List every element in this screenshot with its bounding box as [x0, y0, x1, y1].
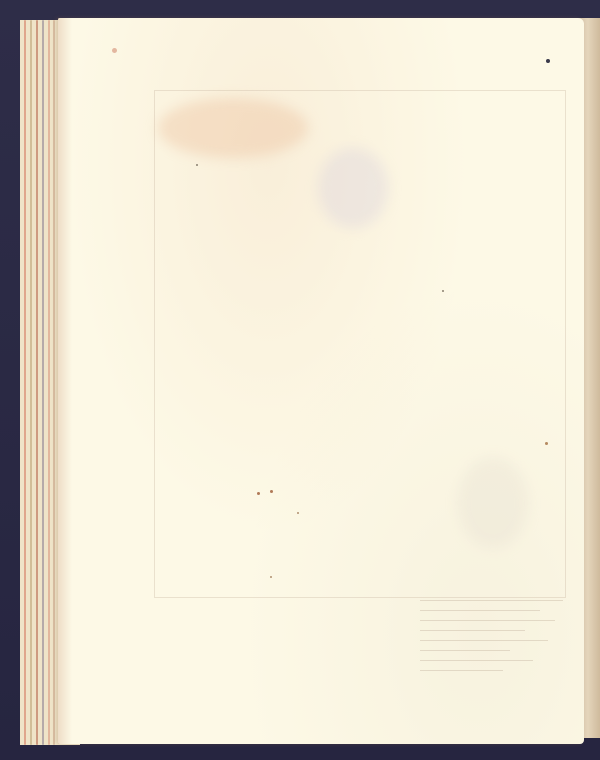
- show-through-stain: [158, 98, 308, 158]
- show-through-caption: [420, 600, 570, 680]
- show-through-stain: [318, 148, 388, 228]
- page-edge: [48, 20, 50, 745]
- speck: [257, 492, 260, 495]
- speck: [196, 164, 198, 166]
- speck: [545, 442, 548, 445]
- page-edge: [36, 20, 38, 745]
- speck: [442, 290, 444, 292]
- page-edge: [24, 20, 26, 745]
- scan-background: [0, 0, 600, 760]
- speck: [270, 490, 273, 493]
- show-through-stain: [458, 458, 528, 548]
- page-edge: [42, 20, 44, 745]
- book-page: [58, 18, 584, 744]
- page-edge: [30, 20, 32, 745]
- speck: [297, 512, 299, 514]
- speck: [112, 48, 117, 53]
- speck: [270, 576, 272, 578]
- page-edge: [53, 20, 55, 745]
- speck: [546, 59, 550, 63]
